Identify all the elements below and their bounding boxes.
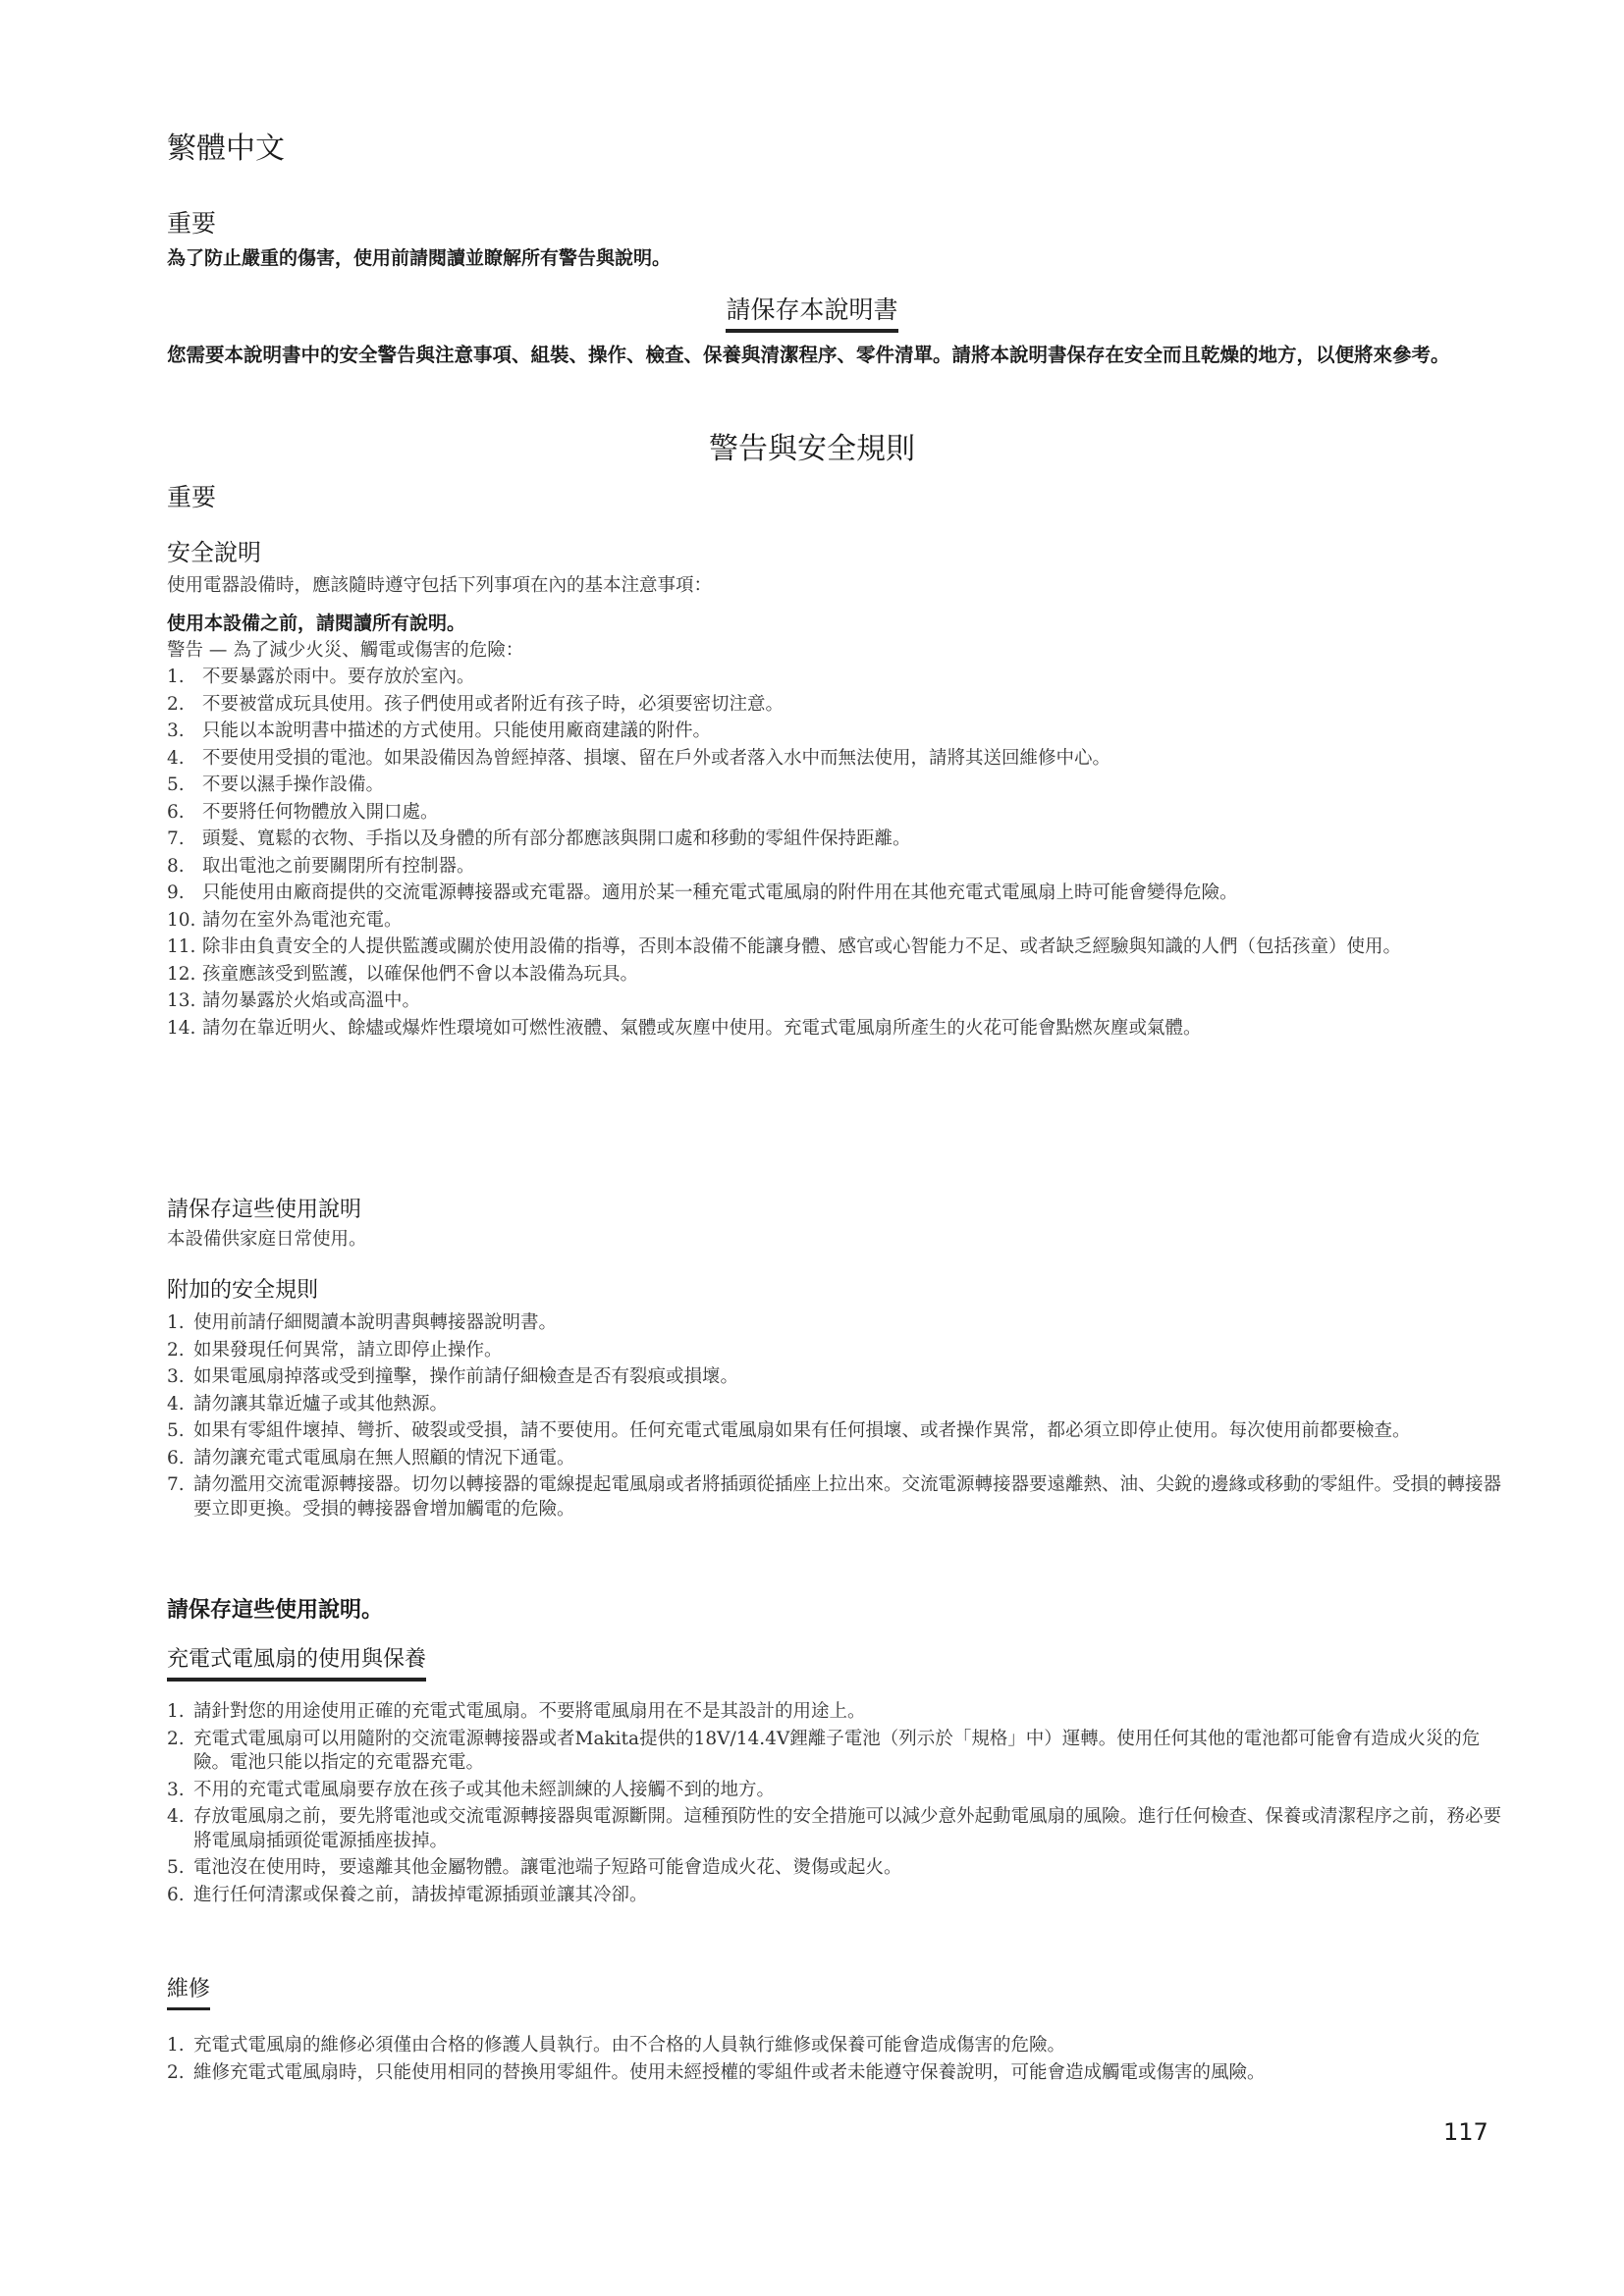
list-item: 4.不要使用受損的電池。如果設備因為曾經掉落、損壞、留在戶外或者落入水中而無法使… <box>167 747 1512 772</box>
important-heading: 重要 <box>167 209 216 239</box>
list-item: 5.電池沒在使用時，要遠離其他金屬物體。讓電池端子短路可能會造成火花、燙傷或起火… <box>167 1856 1512 1881</box>
service-list: 1.充電式電風扇的維修必須僅由合格的修護人員執行。由不合格的人員執行維修或保養可… <box>167 2034 1512 2088</box>
additional-rules-list: 1.使用前請仔細閱讀本說明書與轉接器說明書。 2.如果發現任何異常，請立即停止操… <box>167 1311 1512 1524</box>
list-item: 6.請勿讓充電式電風扇在無人照顧的情況下通電。 <box>167 1447 1512 1471</box>
list-item: 12.孩童應該受到監護，以確保他們不會以本設備為玩具。 <box>167 963 1512 988</box>
use-care-heading: 充電式電風扇的使用與保養 <box>167 1645 426 1682</box>
list-item: 4.請勿讓其靠近爐子或其他熱源。 <box>167 1393 1512 1417</box>
list-item: 1.使用前請仔細閱讀本說明書與轉接器說明書。 <box>167 1311 1512 1336</box>
service-heading: 維修 <box>167 1975 210 2010</box>
important-heading-2: 重要 <box>167 483 216 512</box>
safety-intro: 使用電器設備時，應該隨時遵守包括下列事項在內的基本注意事項： <box>167 573 712 599</box>
list-item: 2.如果發現任何異常，請立即停止操作。 <box>167 1339 1512 1363</box>
list-item: 5.不要以濕手操作設備。 <box>167 774 1512 798</box>
list-item: 1.充電式電風扇的維修必須僅由合格的修護人員執行。由不合格的人員執行維修或保養可… <box>167 2034 1512 2058</box>
use-care-list: 1.請針對您的用途使用正確的充電式電風扇。不要將電風扇用在不是其設計的用途上。 … <box>167 1700 1512 1910</box>
service-heading-wrap: 維修 <box>167 1975 210 2010</box>
read-all-instructions: 使用本設備之前，請閱讀所有說明。 <box>167 611 465 636</box>
list-item: 2.維修充電式電風扇時，只能使用相同的替換用零組件。使用未經授權的零組件或者未能… <box>167 2061 1512 2086</box>
warnings-title: 警告與安全規則 <box>0 424 1624 467</box>
use-care-heading-wrap: 充電式電風扇的使用與保養 <box>167 1645 426 1682</box>
list-item: 6.進行任何清潔或保養之前，請拔掉電源插頭並讓其冷卻。 <box>167 1884 1512 1908</box>
list-item: 8.取出電池之前要關閉所有控制器。 <box>167 855 1512 880</box>
list-item: 1.不要暴露於雨中。要存放於室內。 <box>167 666 1512 690</box>
list-item: 7.請勿濫用交流電源轉接器。切勿以轉接器的電線提起電風扇或者將插頭從插座上拉出來… <box>167 1473 1512 1522</box>
list-item: 5.如果有零組件壞掉、彎折、破裂或受損，請不要使用。任何充電式電風扇如果有任何損… <box>167 1419 1512 1444</box>
list-item: 13.請勿暴露於火焰或高溫中。 <box>167 989 1512 1014</box>
save-manual-title: 請保存本說明書 <box>726 291 897 333</box>
page-number: 117 <box>1443 2118 1489 2146</box>
list-item: 2.不要被當成玩具使用。孩子們使用或者附近有孩子時，必須要密切注意。 <box>167 693 1512 718</box>
safety-list: 1.不要暴露於雨中。要存放於室內。 2.不要被當成玩具使用。孩子們使用或者附近有… <box>167 666 1512 1043</box>
list-item: 9.只能使用由廠商提供的交流電源轉接器或充電器。適用於某一種充電式電風扇的附件用… <box>167 881 1512 906</box>
list-item: 2.充電式電風扇可以用隨附的交流電源轉接器或者Makita提供的18V/14.4… <box>167 1728 1512 1776</box>
important-text: 為了防止嚴重的傷害，使用前請閱讀並瞭解所有警告與說明。 <box>167 245 671 271</box>
list-item: 1.請針對您的用途使用正確的充電式電風扇。不要將電風扇用在不是其設計的用途上。 <box>167 1700 1512 1725</box>
save-manual-text: 您需要本說明書中的安全警告與注意事項、組裝、操作、檢查、保養與清潔程序、零件清單… <box>167 340 1502 371</box>
list-item: 4.存放電風扇之前，要先將電池或交流電源轉接器與電源斷開。這種預防性的安全措施可… <box>167 1805 1512 1853</box>
keep-instructions-heading-2: 請保存這些使用說明。 <box>167 1596 383 1626</box>
list-item: 14.請勿在靠近明火、餘燼或爆炸性環境如可燃性液體、氣體或灰塵中使用。充電式電風… <box>167 1017 1512 1041</box>
list-item: 3.不用的充電式電風扇要存放在孩子或其他未經訓練的人接觸不到的地方。 <box>167 1779 1512 1803</box>
list-item: 7.頭髮、寬鬆的衣物、手指以及身體的所有部分都應該與開口處和移動的零組件保持距離… <box>167 828 1512 852</box>
additional-rules-heading: 附加的安全規則 <box>167 1276 318 1306</box>
list-item: 6.不要將任何物體放入開口處。 <box>167 801 1512 826</box>
warning-line: 警告 — 為了減少火災、觸電或傷害的危險： <box>167 638 523 664</box>
list-item: 3.如果電風扇掉落或受到撞擊，操作前請仔細檢查是否有裂痕或損壞。 <box>167 1365 1512 1390</box>
list-item: 10.請勿在室外為電池充電。 <box>167 909 1512 934</box>
language-title: 繁體中文 <box>167 132 285 167</box>
safety-heading: 安全說明 <box>167 538 261 567</box>
list-item: 11.除非由負責安全的人提供監護或關於使用設備的指導，否則本設備不能讓身體、感官… <box>167 935 1512 960</box>
list-item: 3.只能以本說明書中描述的方式使用。只能使用廠商建議的附件。 <box>167 720 1512 744</box>
keep-instructions-heading: 請保存這些使用說明 <box>167 1196 361 1225</box>
manual-page: 繁體中文 重要 為了防止嚴重的傷害，使用前請閱讀並瞭解所有警告與說明。 請保存本… <box>0 0 1624 2296</box>
household-use-text: 本設備供家庭日常使用。 <box>167 1227 367 1253</box>
save-manual-title-wrap: 請保存本說明書 <box>0 291 1624 333</box>
